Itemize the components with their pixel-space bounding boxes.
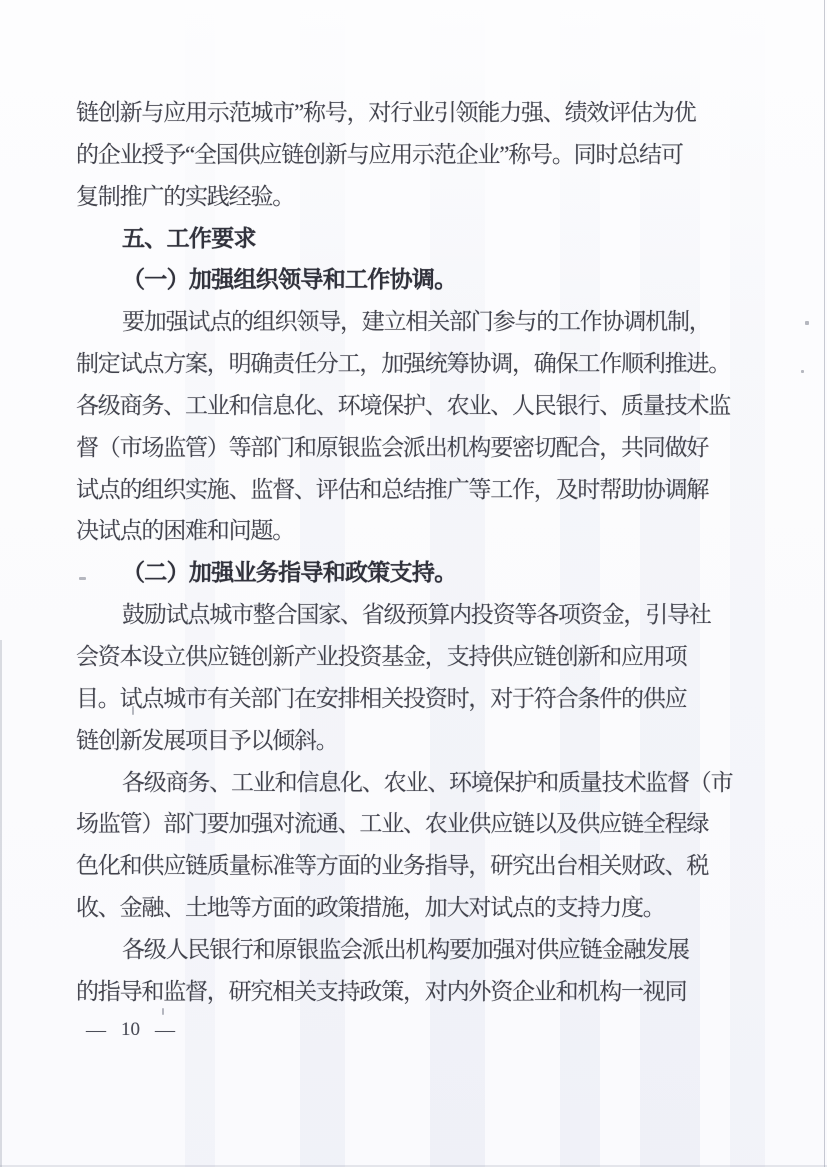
footer-left-dash: — bbox=[86, 1019, 106, 1042]
text-line: 的企业授予“全国供应链创新与应用示范企业”称号。同时总结可 bbox=[76, 134, 716, 176]
text-line: 试点的组织实施、监督、评估和总结推广等工作，及时帮助协调解 bbox=[76, 469, 716, 511]
text-line: 目。试点城市有关部门在安排相关投资时，对于符合条件的供应 bbox=[76, 678, 716, 720]
text-line: 会资本设立供应链创新产业投资基金，支持供应链创新和应用项 bbox=[76, 636, 716, 678]
text-line: 各级商务、工业和信息化、农业、环境保护和质量技术监督（市 bbox=[76, 762, 716, 804]
heading-line: （二）加强业务指导和政策支持。 bbox=[76, 552, 716, 594]
heading-line: （一）加强组织领导和工作协调。 bbox=[76, 259, 716, 301]
scan-edge-line-right bbox=[824, 0, 825, 1167]
footer-page-number: 10 bbox=[121, 1019, 140, 1041]
scan-edge-line-left bbox=[0, 640, 2, 1167]
text-line: 各级商务、工业和信息化、环境保护、农业、人民银行、质量技术监 bbox=[76, 385, 716, 427]
heading-line: 五、工作要求 bbox=[76, 218, 716, 260]
text-line: 制定试点方案，明确责任分工，加强统筹协调，确保工作顺利推进。 bbox=[76, 343, 716, 385]
text-line: 链创新与应用示范城市”称号，对行业引领能力强、绩效评估为优 bbox=[76, 92, 716, 134]
document-page: 链创新与应用示范城市”称号，对行业引领能力强、绩效评估为优的企业授予“全国供应链… bbox=[0, 0, 827, 1167]
text-line: 督（市场监管）等部门和原银监会派出机构要密切配合，共同做好 bbox=[76, 427, 716, 469]
scan-speck bbox=[801, 370, 804, 373]
text-line: 各级人民银行和原银监会派出机构要加强对供应链金融发展 bbox=[76, 929, 716, 971]
text-line: 决试点的困难和问题。 bbox=[76, 510, 716, 552]
footer-right-dash: — bbox=[155, 1019, 175, 1042]
text-line: 的指导和监督，研究相关支持政策，对内外资企业和机构一视同 bbox=[76, 971, 716, 1013]
text-line: 链创新发展项目予以倾斜。 bbox=[76, 720, 716, 762]
scan-streak bbox=[730, 0, 765, 1167]
text-line: 色化和供应链质量标准等方面的业务指导，研究出台相关财政、税 bbox=[76, 845, 716, 887]
text-line: 鼓励试点城市整合国家、省级预算内投资等各项资金，引导社 bbox=[76, 594, 716, 636]
text-line: 复制推广的实践经验。 bbox=[76, 176, 716, 218]
page-number: — 10 — bbox=[86, 1016, 175, 1044]
text-line: 要加强试点的组织领导，建立相关部门参与的工作协调机制， bbox=[76, 301, 716, 343]
text-line: 场监管）部门要加强对流通、工业、农业供应链以及供应链全程绿 bbox=[76, 803, 716, 845]
scan-speck bbox=[805, 321, 809, 325]
document-body: 链创新与应用示范城市”称号，对行业引领能力强、绩效评估为优的企业授予“全国供应链… bbox=[76, 92, 716, 1013]
text-line: 收、金融、土地等方面的政策措施，加大对试点的支持力度。 bbox=[76, 887, 716, 929]
